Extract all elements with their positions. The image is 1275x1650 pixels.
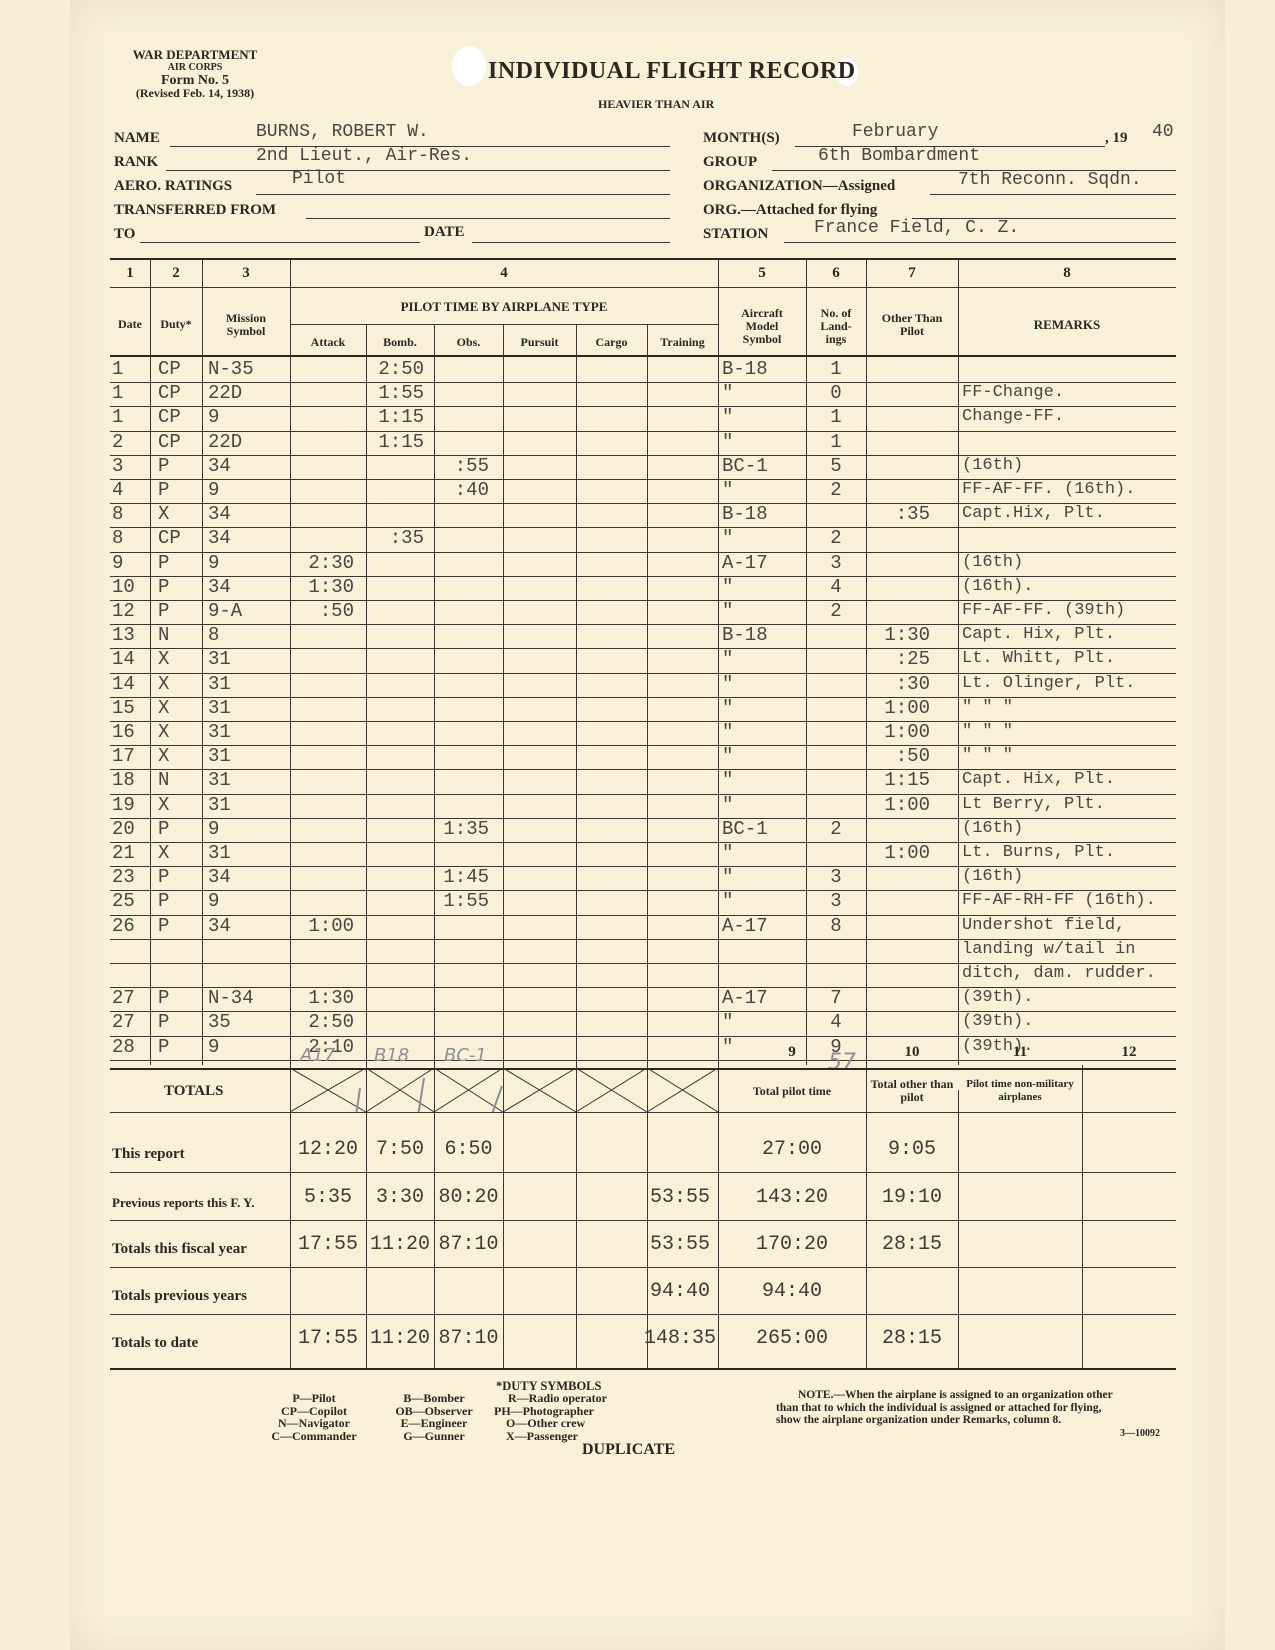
row-mission-cell[interactable]: 22D [208, 431, 288, 453]
row-landings-cell[interactable]: 4 [806, 1011, 866, 1033]
row-aircraft-cell[interactable]: " [722, 431, 802, 453]
row-remarks-cell[interactable]: ditch, dam. rudder. [962, 963, 1202, 985]
row-remarks-cell[interactable]: FF-Change. [962, 382, 1202, 404]
row-remarks-cell[interactable]: FF-AF-RH-FF (16th). [962, 890, 1202, 912]
row-mission-cell[interactable]: 9 [208, 818, 288, 840]
totals-row-label: This report [112, 1146, 185, 1163]
col-number-11: 11 [958, 1044, 1082, 1061]
note-line: show the airplane organization under Rem… [776, 1414, 1113, 1427]
row-aircraft-cell[interactable]: A-17 [722, 915, 802, 937]
row-mission-cell[interactable]: 9 [208, 1036, 288, 1058]
row-landings-cell[interactable]: 2 [806, 818, 866, 840]
row-date-cell[interactable]: 12 [112, 600, 148, 622]
row-date-cell[interactable]: 27 [112, 1011, 148, 1033]
totals-row-label: Totals previous years [112, 1288, 247, 1305]
totals-attack-cell[interactable]: 17:55 [290, 1327, 366, 1350]
row-date-cell[interactable]: 1 [112, 406, 148, 428]
row-duty-cell[interactable]: X [158, 721, 198, 743]
row-obs-cell[interactable]: :55 [434, 455, 503, 477]
col-number-3: 3 [202, 265, 290, 282]
totals-training-cell[interactable]: 53:55 [642, 1233, 718, 1256]
row-date-cell[interactable]: 25 [112, 890, 148, 912]
row-date-cell[interactable]: 20 [112, 818, 148, 840]
totals-total_other-cell[interactable]: 28:15 [866, 1233, 958, 1256]
totals-bomb-cell[interactable]: 3:30 [366, 1186, 434, 1209]
form-identifier: WAR DEPARTMENT AIR CORPS Form No. 5 (Rev… [110, 48, 280, 100]
row-bomb-cell[interactable]: 1:15 [366, 431, 434, 453]
row-remarks-cell[interactable]: Capt.Hix, Plt. [962, 503, 1202, 525]
row-mission-cell[interactable]: N-35 [208, 358, 288, 380]
row-duty-cell[interactable]: P [158, 576, 198, 598]
row-remarks-cell[interactable]: Lt. Olinger, Plt. [962, 673, 1202, 695]
row-landings-cell[interactable]: 4 [806, 576, 866, 598]
pencil-note-bomb: B18 [374, 1045, 409, 1066]
totals-bomb-cell[interactable]: 11:20 [366, 1327, 434, 1350]
row-date-cell[interactable]: 1 [112, 382, 148, 404]
row-duty-cell[interactable]: N [158, 624, 198, 646]
row-duty-cell[interactable]: CP [158, 382, 198, 404]
row-aircraft-cell[interactable]: " [722, 673, 802, 695]
totals-divider [110, 1314, 1176, 1315]
duty-symbols-col2: B—Bomber OB—Observer E—Engineer G—Gunner [384, 1392, 484, 1442]
row-other-cell[interactable]: 1:00 [866, 842, 958, 864]
row-date-cell[interactable]: 18 [112, 769, 148, 791]
row-date-cell[interactable]: 9 [112, 552, 148, 574]
totals-total_other-cell[interactable]: 19:10 [866, 1186, 958, 1209]
row-other-cell[interactable]: 1:00 [866, 697, 958, 719]
row-attack-cell[interactable]: 2:50 [290, 1011, 364, 1033]
row-remarks-cell[interactable]: " " " [962, 721, 1202, 743]
header-total-other: Total other than pilot [868, 1078, 956, 1104]
row-remarks-cell[interactable]: Lt. Whitt, Plt. [962, 648, 1202, 670]
row-date-cell[interactable]: 23 [112, 866, 148, 888]
row-mission-cell[interactable]: 31 [208, 745, 288, 767]
totals-total_pilot-cell[interactable]: 265:00 [718, 1327, 866, 1350]
row-other-cell[interactable]: :50 [866, 745, 958, 767]
row-date-cell[interactable]: 17 [112, 745, 148, 767]
rank-field[interactable]: 2nd Lieut., Air-Res. [256, 146, 472, 166]
row-date-cell[interactable]: 13 [112, 624, 148, 646]
col-number-1: 1 [110, 265, 150, 282]
row-other-cell[interactable]: :35 [866, 503, 958, 525]
header-date: Date [110, 318, 150, 331]
row-aircraft-cell[interactable]: " [722, 382, 802, 404]
aero-ratings-label: AERO. RATINGS [114, 178, 232, 195]
row-aircraft-cell[interactable]: " [722, 697, 802, 719]
row-remarks-cell[interactable]: landing w/tail in [962, 939, 1202, 961]
row-date-cell[interactable]: 28 [112, 1036, 148, 1058]
header-aircraft-model: Aircraft Model Symbol [726, 307, 798, 346]
row-landings-cell[interactable]: 7 [806, 987, 866, 1009]
row-aircraft-cell[interactable]: " [722, 479, 802, 501]
duty-symbols-col3: R—Radio operator PH—Photographer O—Other… [488, 1392, 628, 1442]
totals-row-label: Totals this fiscal year [112, 1241, 247, 1258]
row-remarks-cell[interactable]: Lt. Burns, Plt. [962, 842, 1202, 864]
row-other-cell[interactable]: :25 [866, 648, 958, 670]
row-mission-cell[interactable]: 35 [208, 1011, 288, 1033]
row-mission-cell[interactable]: 34 [208, 915, 288, 937]
year-field[interactable]: 40 [1152, 122, 1174, 142]
row-other-cell[interactable]: 1:00 [866, 794, 958, 816]
row-mission-cell[interactable]: 9 [208, 406, 288, 428]
col-number-2: 2 [150, 265, 202, 282]
row-aircraft-cell[interactable]: " [722, 1011, 802, 1033]
row-date-cell[interactable]: 14 [112, 673, 148, 695]
header-pursuit: Pursuit [503, 336, 576, 349]
header-duty: Duty* [150, 318, 202, 331]
duty-symbols-col1: P—Pilot CP—Copilot N—Navigator C—Command… [258, 1392, 370, 1442]
duty-symbol: B—Bomber [384, 1392, 484, 1405]
station-label: STATION [703, 226, 768, 243]
month-label: MONTH(S) [703, 130, 780, 147]
duty-symbol: N—Navigator [258, 1417, 370, 1430]
header-landings: No. of Land- ings [812, 307, 860, 346]
row-duty-cell[interactable]: P [158, 455, 198, 477]
row-aircraft-cell[interactable]: " [722, 890, 802, 912]
row-landings-cell[interactable]: 3 [806, 866, 866, 888]
row-mission-cell[interactable]: 34 [208, 866, 288, 888]
row-duty-cell[interactable]: P [158, 552, 198, 574]
pencil-note-attack: A17 [300, 1045, 335, 1066]
row-mission-cell[interactable]: 9 [208, 890, 288, 912]
totals-divider [110, 1267, 1176, 1268]
totals-training-cell[interactable]: 94:40 [642, 1280, 718, 1303]
department: WAR DEPARTMENT [110, 48, 280, 61]
row-obs-cell[interactable]: 1:55 [434, 890, 503, 912]
row-mission-cell[interactable]: 9 [208, 479, 288, 501]
transferred-from-label: TRANSFERRED FROM [114, 202, 276, 219]
row-duty-cell[interactable]: P [158, 479, 198, 501]
row-date-cell[interactable]: 8 [112, 527, 148, 549]
organization-assigned-field[interactable]: 7th Reconn. Sqdn. [958, 170, 1142, 190]
row-other-cell[interactable]: 1:15 [866, 769, 958, 791]
row-aircraft-cell[interactable]: " [722, 721, 802, 743]
duty-symbol: R—Radio operator [488, 1392, 628, 1405]
col-number-5: 5 [718, 265, 806, 282]
col-number-12: 12 [1082, 1044, 1176, 1061]
totals-bomb-cell[interactable]: 11:20 [366, 1233, 434, 1256]
row-duty-cell[interactable]: CP [158, 431, 198, 453]
row-aircraft-cell[interactable]: BC-1 [722, 818, 802, 840]
row-duty-cell[interactable]: P [158, 818, 198, 840]
row-aircraft-cell[interactable]: B-18 [722, 503, 802, 525]
row-mission-cell[interactable]: 31 [208, 842, 288, 864]
row-aircraft-cell[interactable]: B-18 [722, 358, 802, 380]
row-remarks-cell[interactable]: (16th) [962, 818, 1202, 840]
row-landings-cell[interactable]: 2 [806, 479, 866, 501]
group-field[interactable]: 6th Bombardment [818, 146, 980, 166]
row-remarks-cell[interactable]: Lt Berry, Plt. [962, 794, 1202, 816]
row-aircraft-cell[interactable]: A-17 [722, 987, 802, 1009]
row-aircraft-cell[interactable]: " [722, 842, 802, 864]
row-remarks-cell[interactable]: (39th). [962, 987, 1202, 1009]
row-date-cell[interactable]: 19 [112, 794, 148, 816]
row-remarks-cell[interactable]: (39th). [962, 1011, 1202, 1033]
totals-attack-cell[interactable]: 12:20 [290, 1138, 366, 1161]
row-landings-cell[interactable]: 2 [806, 527, 866, 549]
col-number-9: 9 [718, 1044, 866, 1061]
row-bomb-cell[interactable]: 1:15 [366, 406, 434, 428]
row-landings-cell[interactable]: 1 [806, 358, 866, 380]
row-attack-cell[interactable]: 1:30 [290, 576, 364, 598]
row-duty-cell[interactable]: N [158, 769, 198, 791]
row-aircraft-cell[interactable]: " [722, 406, 802, 428]
row-other-cell[interactable]: :30 [866, 673, 958, 695]
row-remarks-cell[interactable]: FF-AF-FF. (39th) [962, 600, 1202, 622]
page-title: INDIVIDUAL FLIGHT RECORD [488, 58, 856, 85]
row-remarks-cell[interactable]: Capt. Hix, Plt. [962, 624, 1202, 646]
row-date-cell[interactable]: 16 [112, 721, 148, 743]
pencil-note-obs: BC-1 [444, 1045, 487, 1066]
row-mission-cell[interactable]: 31 [208, 794, 288, 816]
col-number-10: 10 [866, 1044, 958, 1061]
totals-attack-cell[interactable]: 17:55 [290, 1233, 366, 1256]
aero-ratings-field[interactable]: Pilot [292, 169, 346, 189]
revised-date: (Revised Feb. 14, 1938) [110, 87, 280, 100]
row-date-cell[interactable]: 8 [112, 503, 148, 525]
row-bomb-cell[interactable]: 2:50 [366, 358, 434, 380]
row-duty-cell[interactable]: X [158, 842, 198, 864]
row-attack-cell[interactable]: 1:30 [290, 987, 364, 1009]
row-aircraft-cell[interactable]: " [722, 769, 802, 791]
duplicate-label: DUPLICATE [582, 1441, 675, 1459]
row-remarks-cell[interactable]: (16th). [962, 576, 1202, 598]
row-bomb-cell[interactable]: 1:55 [366, 382, 434, 404]
row-mission-cell[interactable]: 9-A [208, 600, 288, 622]
group-label: GROUP [703, 154, 757, 171]
row-landings-cell[interactable]: 3 [806, 552, 866, 574]
duty-symbol: P—Pilot [258, 1392, 370, 1405]
duty-symbol: O—Other crew [488, 1417, 628, 1430]
row-duty-cell[interactable]: P [158, 1011, 198, 1033]
totals-obs-cell[interactable]: 87:10 [434, 1233, 503, 1256]
header-remarks: REMARKS [958, 318, 1176, 331]
row-duty-cell[interactable]: CP [158, 406, 198, 428]
row-attack-cell[interactable]: 1:00 [290, 915, 364, 937]
row-landings-cell[interactable]: 2 [806, 600, 866, 622]
row-date-cell[interactable]: 4 [112, 479, 148, 501]
row-mission-cell[interactable]: 34 [208, 503, 288, 525]
totals-total_other-cell[interactable]: 28:15 [866, 1327, 958, 1350]
totals-bomb-cell[interactable]: 7:50 [366, 1138, 434, 1161]
row-bomb-cell[interactable]: :35 [366, 527, 434, 549]
row-duty-cell[interactable]: P [158, 600, 198, 622]
header-total-pilot-time: Total pilot time [718, 1085, 866, 1098]
totals-training-cell[interactable]: 53:55 [642, 1186, 718, 1209]
row-duty-cell[interactable]: X [158, 673, 198, 695]
row-other-cell[interactable]: 1:30 [866, 624, 958, 646]
punch-hole [452, 46, 486, 86]
year-prefix: , 19 [1105, 130, 1128, 147]
row-duty-cell[interactable]: CP [158, 527, 198, 549]
row-date-cell[interactable]: 26 [112, 915, 148, 937]
row-remarks-cell[interactable]: Capt. Hix, Plt. [962, 769, 1202, 791]
totals-attack-cell[interactable]: 5:35 [290, 1186, 366, 1209]
organization-assigned-label: ORGANIZATION—Assigned [703, 178, 895, 195]
row-date-cell[interactable]: 2 [112, 431, 148, 453]
row-remarks-cell[interactable]: " " " [962, 745, 1202, 767]
row-date-cell[interactable]: 1 [112, 358, 148, 380]
row-mission-cell[interactable]: 31 [208, 721, 288, 743]
row-landings-cell[interactable]: 5 [806, 455, 866, 477]
row-obs-cell[interactable]: 1:45 [434, 866, 503, 888]
row-remarks-cell[interactable]: (16th) [962, 866, 1202, 888]
header-training: Training [647, 336, 718, 349]
row-remarks-cell[interactable]: FF-AF-FF. (16th). [962, 479, 1202, 501]
row-duty-cell[interactable]: CP [158, 358, 198, 380]
row-aircraft-cell[interactable]: " [722, 600, 802, 622]
row-date-cell[interactable]: 10 [112, 576, 148, 598]
totals-total_pilot-cell[interactable]: 143:20 [718, 1186, 866, 1209]
row-duty-cell[interactable]: X [158, 648, 198, 670]
row-mission-cell[interactable]: 34 [208, 455, 288, 477]
totals-total_pilot-cell[interactable]: 170:20 [718, 1233, 866, 1256]
to-label: TO [114, 226, 135, 243]
row-duty-cell[interactable]: P [158, 915, 198, 937]
totals-divider [110, 1220, 1176, 1221]
row-mission-cell[interactable]: N-34 [208, 987, 288, 1009]
row-duty-cell[interactable]: P [158, 1036, 198, 1058]
totals-obs-cell[interactable]: 80:20 [434, 1186, 503, 1209]
row-duty-cell[interactable]: X [158, 503, 198, 525]
header-pilot-time: PILOT TIME BY AIRPLANE TYPE [290, 300, 718, 313]
row-landings-cell[interactable]: 1 [806, 431, 866, 453]
row-landings-cell[interactable]: 0 [806, 382, 866, 404]
row-other-cell[interactable]: 1:00 [866, 721, 958, 743]
name-label: NAME [114, 130, 160, 147]
row-attack-cell[interactable]: 2:30 [290, 552, 364, 574]
duty-symbol: G—Gunner [384, 1430, 484, 1443]
row-duty-cell[interactable]: P [158, 987, 198, 1009]
row-mission-cell[interactable]: 31 [208, 769, 288, 791]
page-subtitle: HEAVIER THAN AIR [598, 97, 714, 112]
row-duty-cell[interactable]: X [158, 794, 198, 816]
header-cargo: Cargo [576, 336, 647, 349]
row-aircraft-cell[interactable]: BC-1 [722, 455, 802, 477]
row-landings-cell[interactable]: 1 [806, 406, 866, 428]
row-duty-cell[interactable]: X [158, 697, 198, 719]
header-other-than-pilot: Other Than Pilot [870, 312, 954, 338]
duty-symbol: E—Engineer [384, 1417, 484, 1430]
note-text: NOTE.—When the airplane is assigned to a… [776, 1389, 1113, 1427]
header-nonmilitary: Pilot time non-military airplanes [962, 1078, 1078, 1104]
col-number-6: 6 [806, 265, 866, 282]
crossed-cells [290, 1068, 718, 1112]
totals-row-label: Previous reports this F. Y. [112, 1195, 255, 1211]
row-date-cell[interactable]: 15 [112, 697, 148, 719]
row-aircraft-cell[interactable]: " [722, 527, 802, 549]
row-date-cell[interactable]: 27 [112, 987, 148, 1009]
row-mission-cell[interactable]: 31 [208, 648, 288, 670]
totals-training-cell[interactable]: 148:35 [642, 1327, 718, 1350]
row-aircraft-cell[interactable]: " [722, 648, 802, 670]
col-number-4: 4 [290, 265, 718, 282]
name-field[interactable]: BURNS, ROBERT W. [256, 122, 429, 142]
row-remarks-cell[interactable]: (16th) [962, 455, 1202, 477]
form-code: 3—10092 [1120, 1428, 1160, 1441]
row-obs-cell[interactable]: 1:35 [434, 818, 503, 840]
note-line: than that to which the individual is ass… [776, 1402, 1113, 1415]
org-attached-label: ORG.—Attached for flying [703, 202, 877, 219]
row-aircraft-cell[interactable]: " [722, 794, 802, 816]
totals-label: TOTALS [164, 1083, 223, 1100]
row-aircraft-cell[interactable]: " [722, 745, 802, 767]
totals-total_pilot-cell[interactable]: 94:40 [718, 1280, 866, 1303]
row-aircraft-cell[interactable]: A-17 [722, 552, 802, 574]
row-date-cell[interactable]: 3 [112, 455, 148, 477]
row-date-cell[interactable]: 14 [112, 648, 148, 670]
row-mission-cell[interactable]: 31 [208, 697, 288, 719]
row-date-cell[interactable]: 21 [112, 842, 148, 864]
row-mission-cell[interactable]: 9 [208, 552, 288, 574]
totals-row-label: Totals to date [112, 1335, 198, 1352]
row-mission-cell[interactable]: 22D [208, 382, 288, 404]
row-remarks-cell[interactable]: " " " [962, 697, 1202, 719]
header-bomb: Bomb. [366, 336, 434, 349]
row-landings-cell[interactable]: 8 [806, 915, 866, 937]
totals-obs-cell[interactable]: 6:50 [434, 1138, 503, 1161]
date-label: DATE [424, 224, 465, 241]
row-remarks-cell[interactable]: (16th) [962, 552, 1202, 574]
rank-label: RANK [114, 154, 158, 171]
month-field[interactable]: February [852, 122, 938, 142]
row-obs-cell[interactable]: :40 [434, 479, 503, 501]
header-mission-symbol: Mission Symbol [212, 312, 280, 338]
row-remarks-cell[interactable]: Undershot field, [962, 915, 1202, 937]
totals-divider [110, 1172, 1176, 1173]
station-field[interactable]: France Field, C. Z. [814, 218, 1019, 238]
totals-total_pilot-cell[interactable]: 27:00 [718, 1138, 866, 1161]
header-obs: Obs. [434, 336, 503, 349]
duty-symbol: C—Commander [258, 1430, 370, 1443]
row-remarks-cell[interactable]: Change-FF. [962, 406, 1202, 428]
row-mission-cell[interactable]: 8 [208, 624, 288, 646]
totals-total_other-cell[interactable]: 9:05 [866, 1138, 958, 1161]
row-mission-cell[interactable]: 31 [208, 673, 288, 695]
col-number-7: 7 [866, 265, 958, 282]
row-aircraft-cell[interactable]: " [722, 866, 802, 888]
row-duty-cell[interactable]: P [158, 866, 198, 888]
header-attack: Attack [290, 336, 366, 349]
col-number-8: 8 [958, 265, 1176, 282]
row-aircraft-cell[interactable]: B-18 [722, 624, 802, 646]
row-mission-cell[interactable]: 34 [208, 527, 288, 549]
row-landings-cell[interactable]: 3 [806, 890, 866, 912]
row-attack-cell[interactable]: :50 [290, 600, 364, 622]
totals-obs-cell[interactable]: 87:10 [434, 1327, 503, 1350]
note-line: NOTE.—When the airplane is assigned to a… [776, 1389, 1113, 1402]
row-duty-cell[interactable]: P [158, 890, 198, 912]
row-duty-cell[interactable]: X [158, 745, 198, 767]
row-aircraft-cell[interactable]: " [722, 576, 802, 598]
row-mission-cell[interactable]: 34 [208, 576, 288, 598]
